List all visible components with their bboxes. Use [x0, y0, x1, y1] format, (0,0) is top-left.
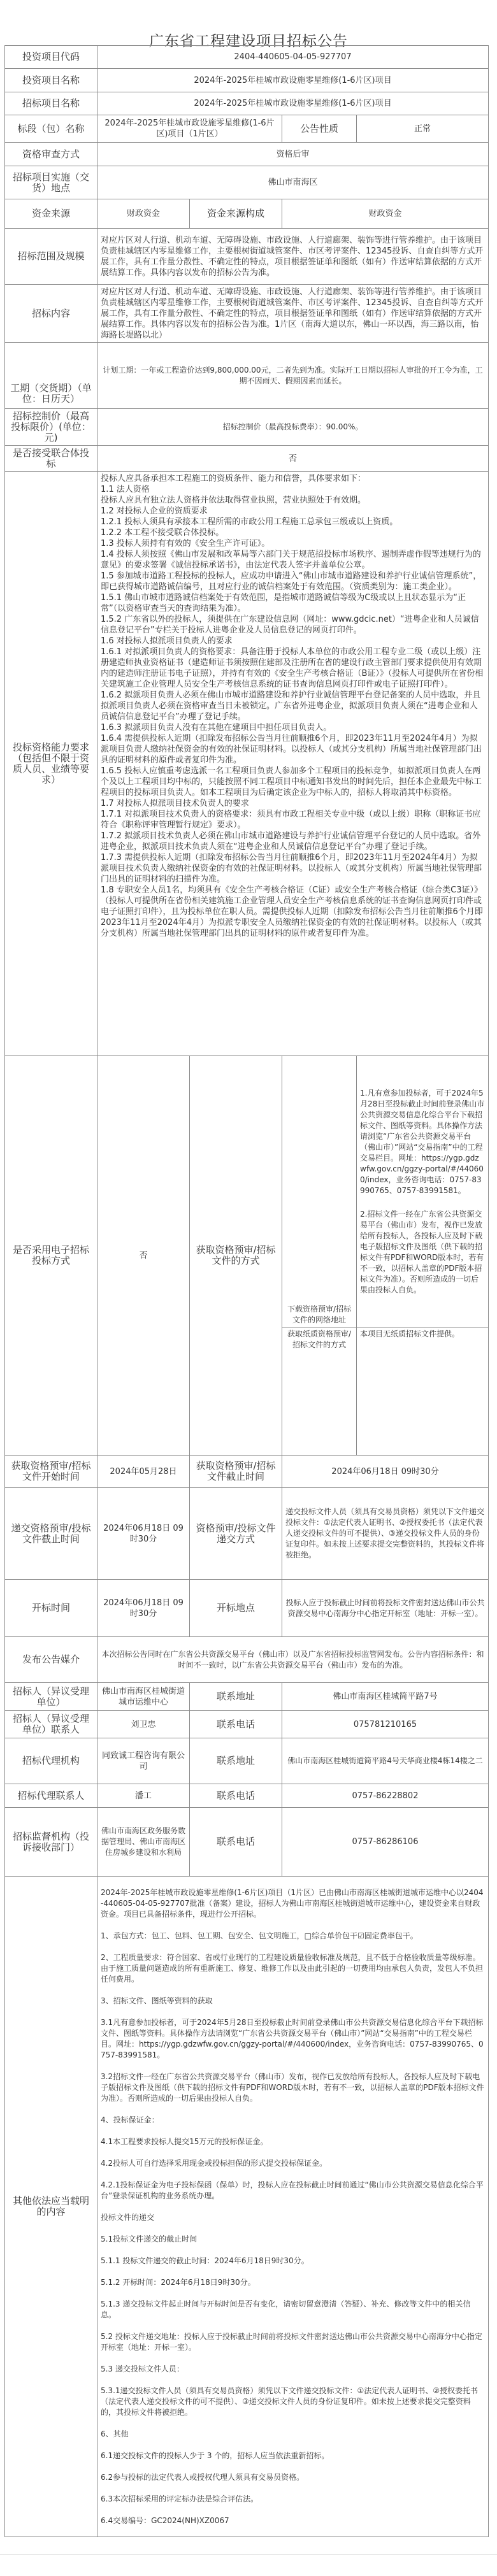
- qualification-line: 1.6 对投标人拟派项目负责人的要求: [101, 636, 485, 647]
- qualification-line: 投标人应具备承担本工程施工的资质条件、能力和信誉，具体要求如下：: [101, 473, 485, 484]
- label-qualification: 投标资格能力要求（包括但不限于资质人员、业绩等要求）: [5, 472, 97, 1056]
- value-supervisor-phone: 0757-86286106: [282, 1808, 489, 1877]
- label-paper: 获取纸质资格预审/招标文件的方式: [282, 1327, 357, 1456]
- label-investment-code: 投资项目代码: [5, 46, 97, 69]
- qualification-line: 1.6.1 对拟派项目负责人的资格要求：具备注册于投标人本单位的市政公用工程专业…: [101, 647, 485, 690]
- qualification-line: 1.5.2 广东省以外的投标人，须提供在广东建设信息网（网址：www.gdcic…: [101, 614, 485, 636]
- row-qualification: 投标资格能力要求（包括但不限于资质人员、业绩等要求） 投标人应具备承担本工程施工…: [5, 472, 489, 1056]
- label-agency: 招标代理机构: [5, 1738, 97, 1784]
- row-consortium: 是否接受联合体投标 否: [5, 446, 489, 472]
- other-paragraph: 4.2投标人可自行选择采用现金或投标担保的形式提交投标保证金。: [101, 2158, 485, 2169]
- qualification-line: 1.5.1 佛山市城市道路诚信档案处于有效范围，是指城市道路诚信等级为C级或以上…: [101, 592, 485, 614]
- value-agency-phone: 0757-86228802: [282, 1784, 489, 1808]
- row-submit: 递交资格预审/投标文件截止时间 2024年06月18日 09时30分 资格预审/…: [5, 1488, 489, 1580]
- label-review: 资格审查方式: [5, 143, 97, 166]
- qualification-line: 1.6.3 拟派项目负责人没有在其他在建项目中担任项目负责人。: [101, 722, 485, 733]
- other-paragraph: 4、投标保证金：: [101, 2115, 485, 2126]
- value-ebid: 否: [97, 1056, 190, 1456]
- value-agency-contact: 潘工: [97, 1784, 190, 1808]
- label-content: 招标内容: [5, 285, 97, 343]
- row-location: 招标项目实施（交货）地点 佛山市南海区: [5, 166, 489, 199]
- value-opening-place: 投标人应于投标截止时间前将投标文件密封送达佛山市公共资源交易中心南海分中心指定开…: [282, 1580, 489, 1637]
- value-content: 对应片区对人行道、机动车道、无障碍设施、市政设施、人行道廊架、装饰等进行管养维护…: [97, 285, 489, 343]
- row-investment-name: 投资项目名称 2024年-2025年桂城市政设施零星维修(1-6片区)项目: [5, 69, 489, 92]
- label-location: 招标项目实施（交货）地点: [5, 166, 97, 199]
- value-consortium: 否: [97, 446, 489, 472]
- other-paragraph: 3.1凡有意参加投标者，可于2024年5月28日至投标截止时间前登录佛山市公共资…: [101, 2017, 485, 2061]
- other-paragraph: 5.1.3 递交投标文件起止时间与开标时间是否有变化，请密切留意澄清（答疑）、补…: [101, 2299, 485, 2321]
- label-agency-phone: 联系电话: [190, 1784, 282, 1808]
- label-obtain-method: 获取资格预审/招标文件的方式: [190, 1056, 282, 1456]
- label-control-price: 招标控制价（最高投标限价）(单位：元): [5, 409, 97, 446]
- qualification-line: 1.7.3 需提供投标人近期（扣除发布招标公告当月往前顺推6个月，即2023年1…: [101, 852, 485, 885]
- value-funding-composition: 财政资金: [282, 199, 489, 229]
- row-funding: 资金来源 财政资金 资金来源构成 财政资金: [5, 199, 489, 229]
- value-qualification: 投标人应具备承担本工程施工的资质条件、能力和信誉，具体要求如下：1.1 法人资格…: [97, 472, 489, 1056]
- row-obtain-time: 获取资格预审/招标文件开始时间 2024年05月28日 获取资格预审/招标文件截…: [5, 1456, 489, 1488]
- qualification-line: 1.6.2 拟派项目负责人必须在佛山市城市道路建设和养护行业诚信管理平台登记备案…: [101, 690, 485, 722]
- qualification-list: 投标人应具备承担本工程施工的资质条件、能力和信誉，具体要求如下：1.1 法人资格…: [101, 473, 485, 939]
- label-tenderer-contact: 招标人（异议受理单位）联系人: [5, 1711, 97, 1738]
- row-agency-contact: 招标代理联系人 潘工 联系电话 0757-86228802: [5, 1784, 489, 1808]
- value-tender-name: 2024年-2025年桂城市政设施零星维修(1-6片区)项目: [97, 92, 489, 115]
- label-tenderer-address: 联系地址: [190, 1683, 282, 1711]
- row-content: 招标内容 对应片区对人行道、机动车道、无障碍设施、市政设施、人行道廊架、装饰等进…: [5, 285, 489, 343]
- value-other: 2024年-2025年桂城市政设施零星维修(1-6片区)项目（1片区）已由佛山市…: [97, 1877, 489, 2537]
- qualification-line: 1.3 投标人须持有有效的《安全生产许可证》。: [101, 538, 485, 549]
- other-paragraph: 6、其他: [101, 2429, 485, 2440]
- row-ebid: 是否采用电子招标投标方式 否 获取资格预审/招标文件的方式 下载资格预审/招标文…: [5, 1056, 489, 1327]
- other-paragraph: 5.1投标文件递交的截止时间: [101, 2234, 485, 2245]
- label-scope: 招标范围及规模: [5, 229, 97, 285]
- value-paper: 本项目无纸质招标文件提供。: [357, 1327, 489, 1456]
- value-duration: 计划工期：一年或工程造价达到9,800,000.00元，二者先到为准。实际开工日…: [97, 343, 489, 409]
- label-supervisor: 招标监督机构（投诉接收部门）: [5, 1808, 97, 1877]
- qualification-line: 1.2.1 投标人须具有承接本工程所需的市政公用工程施工总承包三级或以上资质。: [101, 517, 485, 527]
- label-submit-deadline: 递交资格预审/投标文件截止时间: [5, 1488, 97, 1580]
- other-paragraph: 投标文件的递交: [101, 2212, 485, 2223]
- value-control-price: 招标控制价（最高投标费率）：90.00%。: [97, 409, 489, 446]
- row-section: 标段（包）名称 2024年-2025年桂城市政设施零星维修(1-6片区)项目（1…: [5, 115, 489, 143]
- value-section: 2024年-2025年桂城市政设施零星维修(1-6片区)项目（1片区）: [97, 115, 282, 143]
- qualification-line: 投标人应具有独立法人资格并依法取得营业执照，营业执照处于有效期。: [101, 495, 485, 506]
- label-ebid: 是否采用电子招标投标方式: [5, 1056, 97, 1456]
- row-media: 发布公告媒介 本次招标公告同时在广东省公共资源交易平台（佛山市）以及广东省招标投…: [5, 1637, 489, 1683]
- value-submit-method: 递交投标文件人员（须具有交易员资格）须凭以下文件递交投标文件：①法定代表人证明书…: [282, 1488, 489, 1580]
- row-duration: 工期（交货期）（单位：日历天） 计划工期：一年或工程造价达到9,800,000.…: [5, 343, 489, 409]
- value-obtain-start: 2024年05月28日: [97, 1456, 190, 1488]
- value-investment-code: 2404-440605-04-05-927707: [97, 46, 489, 69]
- value-supervisor: 佛山市南海区政务服务数据管理局、佛山市南海区住房城乡建设和水利局: [97, 1808, 190, 1877]
- value-media: 本次招标公告同时在广东省公共资源交易平台（佛山市）以及广东省招标投标监管网发布。…: [97, 1637, 489, 1683]
- row-opening: 开标时间 2024年06月18日 09时30分 开标地点 投标人应于投标截止时间…: [5, 1580, 489, 1637]
- qualification-line: 1.6.4 需提供投标人近期（扣除发布招标公告当月往前顺推6个月，即2023年1…: [101, 733, 485, 766]
- label-investment-name: 投资项目名称: [5, 69, 97, 92]
- value-tenderer-phone: 075781210165: [282, 1711, 489, 1738]
- label-duration: 工期（交货期）（单位：日历天）: [5, 343, 97, 409]
- value-scope: 对应片区对人行道、机动车道、无障碍设施、市政设施、人行道廊架、装饰等进行管养维护…: [97, 229, 489, 285]
- label-opening-place: 开标地点: [190, 1580, 282, 1637]
- row-supervisor: 招标监督机构（投诉接收部门） 佛山市南海区政务服务数据管理局、佛山市南海区住房城…: [5, 1808, 489, 1877]
- download-text-2: 2.招标文件一经在广东省公共资源交易平台（佛山市）发布，视作已发放给所有投标人，…: [360, 1209, 485, 1296]
- value-obtain-end: 2024年06月18日 09时30分: [282, 1456, 489, 1488]
- label-submit-method: 资格预审/投标文件递交方式: [190, 1488, 282, 1580]
- label-supervisor-phone: 联系电话: [190, 1808, 282, 1877]
- other-paragraph: 6.2参与投标的法定代表人或授权代理人须具有交易员资格。: [101, 2472, 485, 2483]
- row-control-price: 招标控制价（最高投标限价）(单位：元) 招标控制价（最高投标费率）：90.00%…: [5, 409, 489, 446]
- label-tender-name: 招标项目名称: [5, 92, 97, 115]
- value-tenderer: 佛山市南海区桂城街道城市运维中心: [97, 1683, 190, 1711]
- qualification-line: 1.2.2 本工程不接受联合体投标。: [101, 527, 485, 538]
- other-paragraph: 4.1本工程要求投标人提交15万元的投标保证金。: [101, 2136, 485, 2147]
- value-funding: 财政资金: [97, 199, 190, 229]
- label-download-url: 下载资格预审/招标文件的网络地址: [282, 1056, 357, 1327]
- value-notice-nature: 正常: [357, 115, 489, 143]
- qualification-line: 1.2 对投标人企业的资质要求: [101, 506, 485, 517]
- other-paragraphs: 2024年-2025年桂城市政设施零星维修(1-6片区)项目（1片区）已由佛山市…: [101, 1887, 485, 2526]
- footer-divider: [0, 2554, 497, 2555]
- other-paragraph: 3.2招标文件一经在广东省公共资源交易平台（佛山市）发布，视作已发放给所有投标人…: [101, 2072, 485, 2104]
- row-tenderer-contact: 招标人（异议受理单位）联系人 刘卫忠 联系电话 075781210165: [5, 1711, 489, 1738]
- qualification-line: 1.1 法人资格: [101, 484, 485, 495]
- value-tenderer-contact: 刘卫忠: [97, 1711, 190, 1738]
- value-investment-name: 2024年-2025年桂城市政设施零星维修(1-6片区)项目: [97, 69, 489, 92]
- label-obtain-start: 获取资格预审/招标文件开始时间: [5, 1456, 97, 1488]
- qualification-line: 1.5 参加城市道路工程投标的投标人，应成功申请进入“佛山市城市道路建设和养护行…: [101, 571, 485, 592]
- label-notice-nature: 公告性质: [282, 115, 357, 143]
- notice-table: 投资项目代码 2404-440605-04-05-927707 投资项目名称 2…: [4, 45, 489, 2537]
- download-text-1: 1.凡有意参加投标者，可于2024年5月28日至投标截止时间前登录佛山市公共资源…: [360, 1088, 485, 1196]
- other-paragraph: 5.3 递交投标文件人员：: [101, 2364, 485, 2375]
- label-funding-composition: 资金来源构成: [190, 199, 282, 229]
- row-scope: 招标范围及规模 对应片区对人行道、机动车道、无障碍设施、市政设施、人行道廊架、装…: [5, 229, 489, 285]
- qualification-line: 1.8 专职安全人员1名，均须具有《安全生产考核合格证（C证）或安全生产考核合格…: [101, 885, 485, 939]
- label-obtain-end: 获取资格预审/招标文件截止时间: [190, 1456, 282, 1488]
- qualification-line: 1.4 投标人须按照《佛山市发展和改革局等六部门关于规范招投标市场秩序、遏制弄虚…: [101, 549, 485, 571]
- value-location: 佛山市南海区: [97, 166, 489, 199]
- other-paragraph: 2、工程质量要求：符合国家、省或行业现行的工程建设质量验收标准及规范，且不低于合…: [101, 1952, 485, 1985]
- label-section: 标段（包）名称: [5, 115, 97, 143]
- value-review: 资格后审: [97, 143, 489, 166]
- other-paragraph: 5.1.1 投标文件递交的截止时间：2024年6月18日9时30分。: [101, 2256, 485, 2266]
- row-tenderer: 招标人（异议受理单位） 佛山市南海区桂城街道城市运维中心 联系地址 佛山市南海区…: [5, 1683, 489, 1711]
- qualification-line: 1.7 对投标人拟派项目技术负责人的要求: [101, 798, 485, 809]
- qualification-line: 1.7.2 拟派项目技术负责人必须在佛山市城市道路建设与养护行业诚信管理平台登记…: [101, 831, 485, 852]
- label-tenderer: 招标人（异议受理单位）: [5, 1683, 97, 1711]
- label-media: 发布公告媒介: [5, 1637, 97, 1683]
- other-paragraph: 3、招标文件、图纸等资料的获取: [101, 1996, 485, 2007]
- row-investment-code: 投资项目代码 2404-440605-04-05-927707: [5, 46, 489, 69]
- label-consortium: 是否接受联合体投标: [5, 446, 97, 472]
- other-paragraph: 5.3.1递交投标文件人员（须具有交易员资格）须凭以下文件递交投标文件：①法定代…: [101, 2386, 485, 2418]
- value-tenderer-address: 佛山市南海区桂城简平路7号: [282, 1683, 489, 1711]
- value-download-url[interactable]: 1.凡有意参加投标者，可于2024年5月28日至投标截止时间前登录佛山市公共资源…: [357, 1056, 489, 1327]
- qualification-line: 1.6.5 投标人应慎重考虑选派一名工程项目负责人参加多个工程项目的投标竞争，如…: [101, 766, 485, 798]
- label-agency-contact: 招标代理联系人: [5, 1784, 97, 1808]
- row-tender-name: 招标项目名称 2024年-2025年桂城市政设施零星维修(1-6片区)项目: [5, 92, 489, 115]
- other-paragraph: 1、承包方式：包工、包料、包工期、包安全、包文明施工，□综合单价包干☑固定费率包…: [101, 1931, 485, 1942]
- label-funding: 资金来源: [5, 199, 97, 229]
- other-paragraph: 6.3本次招标采用的评定标办法是综合评估法。: [101, 2494, 485, 2505]
- label-opening-time: 开标时间: [5, 1580, 97, 1637]
- other-paragraph: 6.1递交投标文件的投标人少于 3 个的，招标人应当依法重新招标。: [101, 2451, 485, 2461]
- label-agency-address: 联系地址: [190, 1738, 282, 1784]
- row-review: 资格审查方式 资格后审: [5, 143, 489, 166]
- other-paragraph: 5.2 投标文件递交地址：投标人应于投标截止时间前将投标文件密封送达佛山市公共资…: [101, 2331, 485, 2353]
- label-tenderer-phone: 联系电话: [190, 1711, 282, 1738]
- label-other: 其他依法应当载明的内容: [5, 1877, 97, 2537]
- other-paragraph: 6.4交易编号：GC2024(NH)XZ0067: [101, 2515, 485, 2526]
- row-other: 其他依法应当载明的内容 2024年-2025年桂城市政设施零星维修(1-6片区)…: [5, 1877, 489, 2537]
- qualification-line: 1.7.1 对拟派项目技术负责人的资格要求：须具有市政工程相关专业中级（或以上级…: [101, 809, 485, 831]
- value-opening-time: 2024年06月18日 09时30分: [97, 1580, 190, 1637]
- value-agency-address: 佛山市南海区桂城街道简平路4号天华商业楼4栋14楼之二: [282, 1738, 489, 1784]
- other-paragraph: 4.2.1投标保证金为电子投标保函（保单）时，投标人应在投标截止时间前通过“佛山…: [101, 2180, 485, 2201]
- other-paragraph: 5.1.2 开标时间：2024年6月18日9时30分。: [101, 2277, 485, 2288]
- row-agency: 招标代理机构 同致诚工程咨询有限公司 联系地址 佛山市南海区桂城街道简平路4号天…: [5, 1738, 489, 1784]
- value-submit-deadline: 2024年06月18日 09时30分: [97, 1488, 190, 1580]
- other-paragraph: 2024年-2025年桂城市政设施零星维修(1-6片区)项目（1片区）已由佛山市…: [101, 1887, 485, 1920]
- value-agency: 同致诚工程咨询有限公司: [97, 1738, 190, 1784]
